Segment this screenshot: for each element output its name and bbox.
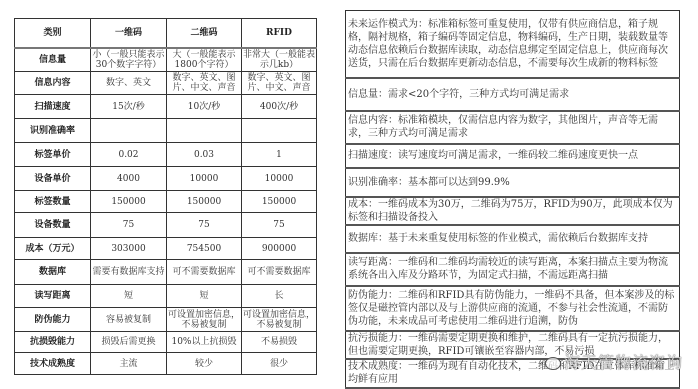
cell-qr: 0.03 <box>167 143 242 167</box>
row-label: 设备数量 <box>15 213 91 238</box>
note-anti-counterfeit: 防伪能力：二维码和RFID具有防伪能力，一维码不具备，但本案涉及的标签仅是磁控管… <box>346 286 680 331</box>
cell-1d: 150000 <box>91 191 167 213</box>
cell-1d: 4000 <box>91 167 167 191</box>
row-label: 标签数量 <box>15 191 91 213</box>
header-category: 类别 <box>15 19 91 48</box>
cell-qr: 可不需要数据库 <box>167 260 242 285</box>
cell-qr: 大（一般能表示1800个字符） <box>167 48 242 72</box>
cell-1d: 15次/秒 <box>91 95 167 119</box>
cell-qr: 数字、英文、图片、中文、声音 <box>167 72 242 95</box>
cell-qr: 较少 <box>167 353 242 375</box>
row-label: 扫描速度 <box>15 95 91 119</box>
cell-1d: 数字、英文 <box>91 72 167 95</box>
row-label: 技术成熟度 <box>15 353 91 375</box>
cell-1d: 短 <box>91 285 167 308</box>
note-cost: 成本：一维码成本为30万，二维码为75万，RFID为90万，此项成本仅为标签和扫… <box>346 197 680 225</box>
cell-rfid: 1 <box>242 143 317 167</box>
note-database: 数据库：基于未来重复使用标签的作业模式，需依赖后台数据库支持 <box>346 225 680 253</box>
table-row: 技术成熟度 主流 较少 很少 <box>15 353 317 375</box>
table-row: 信息内容 数字、英文 数字、英文、图片、中文、声音 数字、英文、图片、中文、声音 <box>15 72 317 95</box>
cell-rfid: 非常大（一般能表示几kb） <box>242 48 317 72</box>
note-row: 防伪能力：二维码和RFID具有防伪能力，一维码不具备，但本案涉及的标签仅是磁控管… <box>346 286 680 331</box>
cell-1d: 容易被复制 <box>91 308 167 332</box>
cell-qr: 可设置加密信息，不易被复制 <box>167 308 242 332</box>
table-row: 防伪能力 容易被复制 可设置加密信息，不易被复制 可设置加密信息，不易被复制 <box>15 308 317 332</box>
row-label: 标签单价 <box>15 143 91 167</box>
cell-rfid: 可不需要数据库 <box>242 260 317 285</box>
note-info-content: 信息内容：标准箱模块，仅需信息内容为数字，其他图片，声音等无需求，三种方式均可满… <box>346 111 680 144</box>
wechat-icon <box>545 357 561 370</box>
note-accuracy: 识别准确率：基本都可以达到99.9% <box>346 168 680 197</box>
cell-1d: 75 <box>91 213 167 238</box>
header-qr-code: 二维码 <box>167 19 242 48</box>
table-row: 数据库 需要有数据库支持 可不需要数据库 可不需要数据库 <box>15 260 317 285</box>
table-row: 设备单价 4000 10000 10000 <box>15 167 317 191</box>
table-row: 标签单价 0.02 0.03 1 <box>15 143 317 167</box>
cell-qr: 10%以上抗损毁 <box>167 332 242 353</box>
note-row: 扫描速度：读写速度均可满足需求，一维码较二维码速度更快一点 <box>346 144 680 168</box>
cell-rfid: 可设置加密信息，不易被复制 <box>242 308 317 332</box>
note-row: 识别准确率：基本都可以达到99.9% <box>346 168 680 197</box>
header-1d-barcode: 一维码 <box>91 19 167 48</box>
row-label: 信息量 <box>15 48 91 72</box>
row-label: 成本（万元） <box>15 238 91 260</box>
cell-1d: 小（一般只能表示30个数字字符） <box>91 48 167 72</box>
table-row: 信息量 小（一般只能表示30个数字字符） 大（一般能表示1800个字符） 非常大… <box>15 48 317 72</box>
cell-1d: 0.02 <box>91 143 167 167</box>
cell-1d <box>91 119 167 143</box>
cell-rfid: 数字、英文、图片、中文、声音 <box>242 72 317 95</box>
header-rfid: RFID <box>242 19 317 48</box>
cell-rfid: 不易损毁 <box>242 332 317 353</box>
cell-rfid: 长 <box>242 285 317 308</box>
cell-rfid: 900000 <box>242 238 317 260</box>
row-label: 设备单价 <box>15 167 91 191</box>
note-row: 信息量：需求<20个字符，三种方式均可满足需求 <box>346 78 680 111</box>
watermark-text: 海天管物流咨询 <box>564 353 683 372</box>
cell-1d: 主流 <box>91 353 167 375</box>
cell-qr: 75 <box>167 213 242 238</box>
table-row: 成本（万元） 303000 754500 900000 <box>15 238 317 260</box>
cell-qr: 150000 <box>167 191 242 213</box>
cell-rfid: 很少 <box>242 353 317 375</box>
note-scan-speed: 扫描速度：读写速度均可满足需求，一维码较二维码速度更快一点 <box>346 144 680 168</box>
table-row: 读写距离 短 短 长 <box>15 285 317 308</box>
note-info-capacity: 信息量：需求<20个字符，三种方式均可满足需求 <box>346 78 680 111</box>
cell-qr <box>167 119 242 143</box>
cell-rfid: 400次/秒 <box>242 95 317 119</box>
note-row: 数据库：基于未来重复使用标签的作业模式，需依赖后台数据库支持 <box>346 225 680 253</box>
table-row: 抗损毁能力 损毁后需更换 10%以上抗损毁 不易损毁 <box>15 332 317 353</box>
row-label: 防伪能力 <box>15 308 91 332</box>
cell-rfid: 150000 <box>242 191 317 213</box>
note-read-distance: 读写距离：一维码和二维码均需较近的读写距离，本案扫描点主要为物流系统各出入库及分… <box>346 253 680 286</box>
table-row: 标签数量 150000 150000 150000 <box>15 191 317 213</box>
cell-rfid <box>242 119 317 143</box>
notes-table: 未来运作模式为：标准箱标签可重复使用，仅带有供应商信息，箱子规格，隔衬规格，箱子… <box>345 10 680 389</box>
cell-1d: 303000 <box>91 238 167 260</box>
comparison-table: 类别 一维码 二维码 RFID 信息量 小（一般只能表示30个数字字符） 大（一… <box>14 18 317 375</box>
table-row: 识别准确率 <box>15 119 317 143</box>
cell-qr: 10次/秒 <box>167 95 242 119</box>
cell-rfid: 10000 <box>242 167 317 191</box>
note-row: 成本：一维码成本为30万，二维码为75万，RFID为90万，此项成本仅为标签和扫… <box>346 197 680 225</box>
row-label: 识别准确率 <box>15 119 91 143</box>
table-header-row: 类别 一维码 二维码 RFID <box>15 19 317 48</box>
cell-qr: 10000 <box>167 167 242 191</box>
cell-qr: 短 <box>167 285 242 308</box>
note-operation-mode: 未来运作模式为：标准箱标签可重复使用，仅带有供应商信息，箱子规格，隔衬规格，箱子… <box>346 11 680 78</box>
watermark: 海天管物流咨询 <box>545 350 683 373</box>
cell-qr: 754500 <box>167 238 242 260</box>
row-label: 信息内容 <box>15 72 91 95</box>
note-row: 未来运作模式为：标准箱标签可重复使用，仅带有供应商信息，箱子规格，隔衬规格，箱子… <box>346 11 680 78</box>
row-label: 读写距离 <box>15 285 91 308</box>
cell-rfid: 75 <box>242 213 317 238</box>
cell-1d: 需要有数据库支持 <box>91 260 167 285</box>
table-row: 设备数量 75 75 75 <box>15 213 317 238</box>
table-row: 扫描速度 15次/秒 10次/秒 400次/秒 <box>15 95 317 119</box>
row-label: 抗损毁能力 <box>15 332 91 353</box>
note-row: 信息内容：标准箱模块，仅需信息内容为数字，其他图片，声音等无需求，三种方式均可满… <box>346 111 680 144</box>
row-label: 数据库 <box>15 260 91 285</box>
cell-1d: 损毁后需更换 <box>91 332 167 353</box>
note-row: 读写距离：一维码和二维码均需较近的读写距离，本案扫描点主要为物流系统各出入库及分… <box>346 253 680 286</box>
